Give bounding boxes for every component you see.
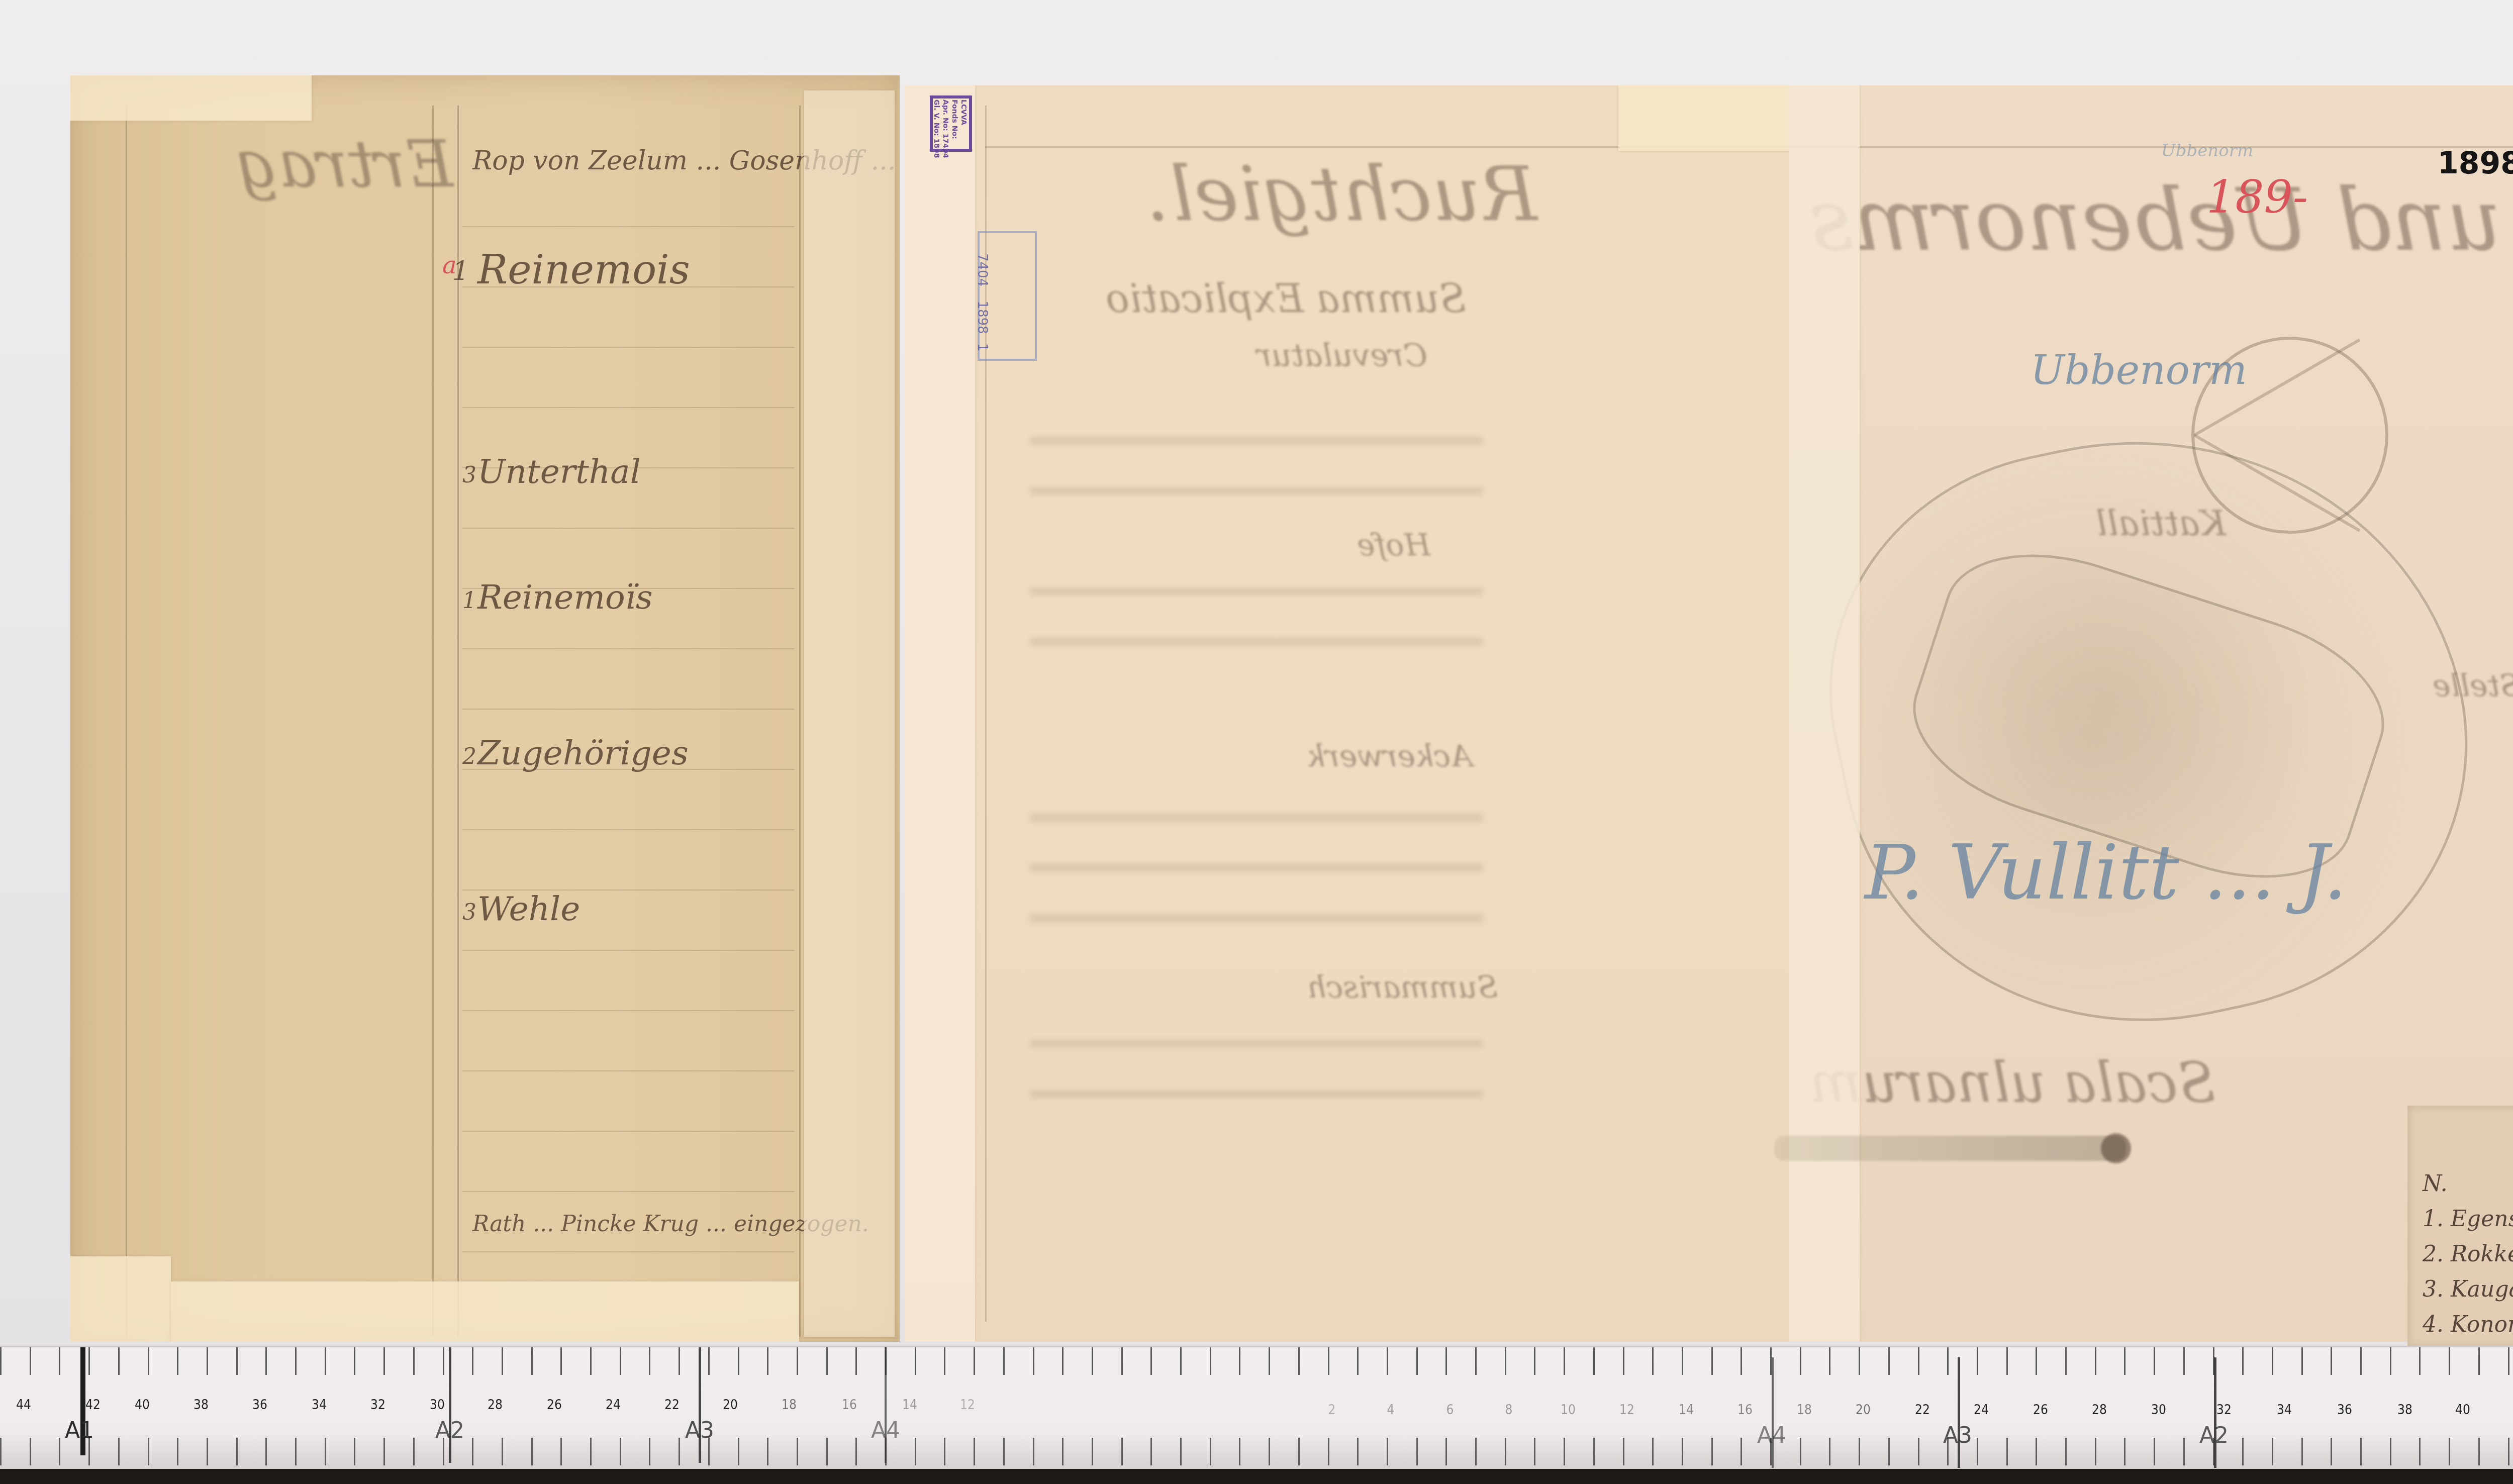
mirrored-title: Ruchtgiel. (1146, 151, 1537, 238)
ruler-tick-label: 14 (902, 1398, 917, 1413)
ruler-tick-label: 18 (1797, 1403, 1812, 1418)
faded-text-row (1030, 1040, 1483, 1047)
ruler-tick-label: 2 (1328, 1403, 1336, 1418)
ruled-line (462, 1251, 794, 1252)
stamp-handwritten-number: 7404 (975, 253, 990, 286)
red-catalog-number: 189- (2206, 171, 2308, 224)
ruler-tick-label: 26 (2033, 1403, 2048, 1418)
pencil-note-top: Ubbenorm (2161, 141, 2253, 161)
mirrored-map-title: Raugas Dorfs und Uebenorms (1809, 171, 2513, 270)
column-rule (432, 106, 434, 1337)
ruler-tick-label: 38 (2397, 1403, 2412, 1418)
legend-header: N. (2423, 1171, 2448, 1197)
ruler-tick-label: 30 (2151, 1403, 2166, 1418)
left-manuscript-page: Ertrag Rop von Zeelum ... Gosenhoff ... … (70, 75, 900, 1342)
mirrored-subtitle: Summa Explicatio (1106, 276, 1466, 322)
legend-num: 2. (2423, 1241, 2444, 1267)
tape-strip (70, 1256, 171, 1342)
ruler-tick-label: 6 (1446, 1403, 1454, 1418)
ruler-tick-label: 16 (1737, 1403, 1753, 1418)
entry-marker: 2 (462, 744, 476, 769)
mirrored-subheading: Crevulatur (1257, 337, 1427, 373)
ruler-tick-label: 34 (2277, 1403, 2292, 1418)
faded-text-row (1030, 864, 1483, 871)
ruler-tick-label: 12 (960, 1398, 975, 1413)
ruler-tick-label: 36 (252, 1398, 267, 1413)
measurement-ruler: 44 42 40 38 36 34 32 30 28 26 24 22 20 1… (0, 1346, 2513, 1469)
ruler-tick-label: 24 (1974, 1403, 1989, 1418)
pencil-signature: P. Vullitt ... J. (1865, 829, 2347, 917)
entry-marker: 1 (452, 256, 469, 286)
legend-item: 2. Rokke 1/2 (2423, 1241, 2513, 1267)
stamp-fonds: Fonds No: (950, 100, 959, 158)
margin-rule (126, 106, 127, 1337)
ruled-line (462, 407, 794, 408)
tape-strip (70, 75, 312, 121)
entry-first-word: Unterthal (477, 452, 641, 491)
entry-first-word: Wehle (477, 889, 580, 928)
ruler-tick-label: 44 (16, 1398, 31, 1413)
archive-stamp-violet: LCVVA Fonds No: Apr. No: 17404 Gl. V. No… (930, 95, 972, 152)
entry-first-word: Zugehöriges (477, 734, 689, 772)
tape-strip-spine (905, 85, 975, 1342)
top-border-line (1789, 146, 2513, 148)
legend-num: 3. (2423, 1276, 2444, 1302)
ruler-tick-label: 30 (430, 1398, 445, 1413)
faded-text-row (1030, 638, 1483, 645)
ruler-tick-label: 36 (2337, 1403, 2352, 1418)
tape-strip-vertical (804, 90, 895, 1337)
tape-strip (171, 1281, 799, 1342)
ruler-tick-label: 12 (1619, 1403, 1634, 1418)
stamp-apr: Apr. No: 17404 (941, 100, 950, 158)
ruler-tick-label: 24 (606, 1398, 621, 1413)
ruled-line (462, 226, 794, 227)
entry-first-word: Reinemoïs (477, 578, 653, 617)
ruler-tick-label: 38 (194, 1398, 209, 1413)
faded-text-row (1030, 1091, 1483, 1098)
entry-marker: 1 (462, 588, 476, 614)
ruler-tick-label: 32 (2216, 1403, 2232, 1418)
scanner-edge-bottom (0, 1467, 2513, 1484)
legend-num: 4. (2423, 1312, 2444, 1337)
column-rule (457, 106, 459, 1337)
ruler-tick-label: 18 (782, 1398, 797, 1413)
ruler-tick-label: 20 (1856, 1403, 1871, 1418)
archive-stamp-blue: 7404 1898 1 (978, 231, 1037, 361)
ruled-line (462, 1010, 794, 1011)
section-label: Ackerwerk (1307, 739, 1472, 774)
legend-name: Egensbrakt (2451, 1206, 2513, 1232)
ruler-tick-label: 10 (1561, 1403, 1576, 1418)
ruler-tick-label: 40 (2455, 1403, 2470, 1418)
ruler-tick-label: 40 (135, 1398, 150, 1413)
ruled-line (462, 1131, 794, 1132)
legend-item: 4. Konongsberg 1/4 (2423, 1312, 2513, 1337)
ruler-tick-label: 20 (723, 1398, 738, 1413)
column-rule-right (799, 106, 801, 1337)
ruler-tick-label: 34 (312, 1398, 327, 1413)
ruler-tick-label: 4 (1387, 1403, 1395, 1418)
ruled-line (462, 347, 794, 348)
map-label-ubbenorm: Ubbenorm (2031, 347, 2247, 393)
ruler-tick-label: 42 (85, 1398, 101, 1413)
mirrored-scale-caption: Scala ulnarum (1809, 1050, 2215, 1115)
ruler-tick-label: 16 (842, 1398, 857, 1413)
legend-name: Kaugasch (2451, 1276, 2513, 1302)
ruled-line (462, 1070, 794, 1071)
bleedthrough-heading: Ertrag (236, 126, 453, 202)
faded-text-row (1030, 487, 1483, 494)
legend-item: 1. Egensbrakt 1/4 (2423, 1206, 2513, 1232)
ruler-tick-label: 8 (1505, 1403, 1513, 1418)
ruled-line (462, 709, 794, 710)
ruled-line (462, 1191, 794, 1192)
ruler-bottom-ticks (0, 1438, 2513, 1465)
legend-name: Konongsberg (2451, 1312, 2513, 1337)
legend-name: Rokke (2451, 1241, 2513, 1267)
ruler-tick-label: 32 (370, 1398, 385, 1413)
ruled-line (462, 648, 794, 649)
section-label: Hofe (1357, 528, 1430, 563)
ruler-tick-label: 14 (1679, 1403, 1694, 1418)
legend-num: 1. (2423, 1206, 2444, 1232)
stamp-glv: Gl. V. No: 1898 (932, 100, 941, 158)
catalog-number: 1898 (2438, 146, 2513, 181)
entry-first-word: Reinemois (477, 246, 690, 293)
quill-pen-illustration (1774, 1136, 2126, 1161)
entry-marker: 3 (462, 900, 476, 925)
ruler-top-ticks (0, 1347, 2513, 1375)
legend-item: 3. Kaugasch 1/2 (2423, 1276, 2513, 1302)
stamp-archive-name: LCVVA (959, 100, 968, 158)
ruled-line (462, 528, 794, 529)
ruler-tick-label: 22 (664, 1398, 680, 1413)
stamp-number: 1898 (975, 301, 990, 334)
ruler-tick-label: 28 (488, 1398, 503, 1413)
ruler-tick-label: 28 (2092, 1403, 2107, 1418)
stamp-suffix: 1 (975, 343, 990, 352)
faded-text-row (1030, 814, 1483, 821)
ruled-line (462, 829, 794, 830)
faded-text-row (1030, 437, 1483, 444)
entry-marker: 3 (462, 462, 476, 488)
map-legend: N. 1. Egensbrakt 1/4 2. Rokke 1/2 3. Kau… (2407, 1106, 2513, 1347)
ruler-tick-label: 22 (1915, 1403, 1930, 1418)
ruler-tick-label: 26 (547, 1398, 562, 1413)
section-label: Summarisch (1307, 970, 1498, 1005)
middle-page-bleedthrough: Ruchtgiel. Summa Explicatio Crevulatur H… (905, 85, 1799, 1342)
ruled-line (462, 950, 794, 951)
tape-strip (1618, 85, 1799, 151)
faded-text-row (1030, 588, 1483, 595)
faded-text-row (1030, 915, 1483, 922)
